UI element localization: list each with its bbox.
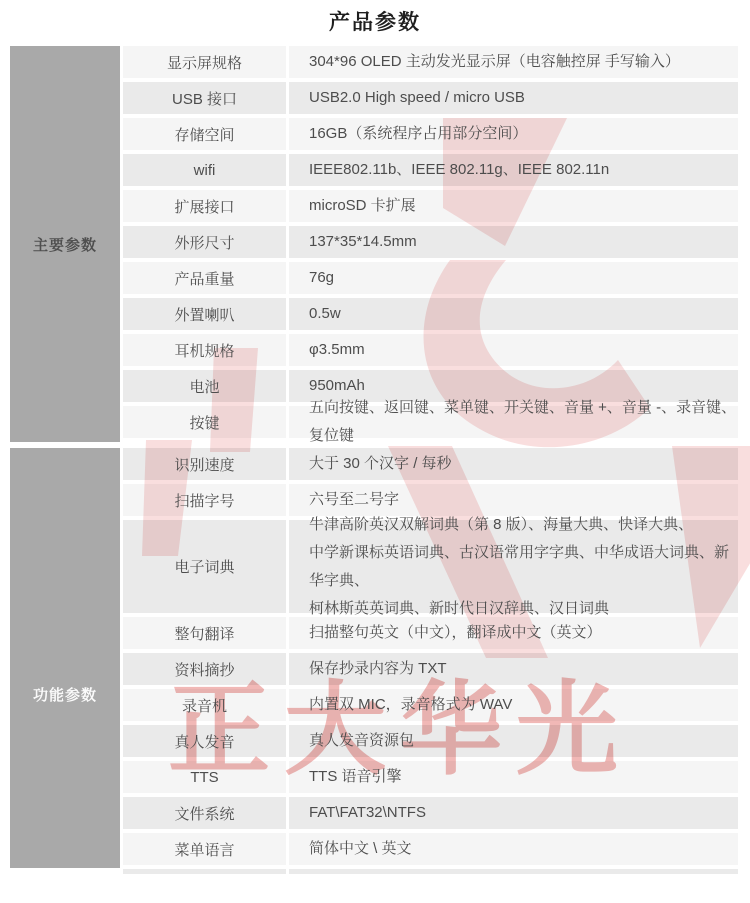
spec-value: 真人发音资源包 (289, 725, 738, 757)
partial-row (123, 869, 738, 874)
section-main-rows: 显示屏规格 304*96 OLED 主动发光显示屏（电容触控屏 手写输入） US… (123, 46, 738, 442)
spec-label: 外置喇叭 (123, 298, 286, 330)
spec-value: 简体中文 \ 英文 (289, 833, 738, 865)
spec-value: 16GB（系统程序占用部分空间） (289, 118, 738, 150)
spec-label: 资料摘抄 (123, 653, 286, 685)
section-func-sidebar: 功能参数 (10, 448, 120, 868)
spec-row: 录音机 内置双 MIC，录音格式为 WAV (123, 689, 738, 721)
spec-label: 显示屏规格 (123, 46, 286, 78)
spec-value: 大于 30 个汉字 / 每秒 (289, 448, 738, 480)
spec-value: USB2.0 High speed / micro USB (289, 82, 738, 114)
spec-value: 76g (289, 262, 738, 294)
spec-label: 耳机规格 (123, 334, 286, 366)
spec-label: 整句翻译 (123, 617, 286, 649)
spec-row: 存储空间 16GB（系统程序占用部分空间） (123, 118, 738, 150)
spec-value: 内置双 MIC，录音格式为 WAV (289, 689, 738, 721)
spec-row: 产品重量 76g (123, 262, 738, 294)
page-title: 产品参数 (0, 9, 750, 37)
spec-row: 外置喇叭 0.5w (123, 298, 738, 330)
spec-value: 五向按键、返回键、菜单键、开关键、音量 +、音量 -、录音键、复位键 (289, 406, 738, 438)
spec-label: 产品重量 (123, 262, 286, 294)
spec-label: 外形尺寸 (123, 226, 286, 258)
spec-row: 菜单语言 简体中文 \ 英文 (123, 833, 738, 865)
spec-value: 保存抄录内容为 TXT (289, 653, 738, 685)
spec-label: wifi (123, 154, 286, 186)
spec-value: φ3.5mm (289, 334, 738, 366)
spec-label (123, 869, 286, 874)
section-func-title: 功能参数 (10, 684, 120, 705)
section-func-params: 功能参数 识别速度 大于 30 个汉字 / 每秒 扫描字号 六号至二号字 电子词… (10, 448, 738, 874)
spec-label: 录音机 (123, 689, 286, 721)
spec-value: microSD 卡扩展 (289, 190, 738, 222)
spec-row: wifi IEEE802.11b、IEEE 802.11g、IEEE 802.1… (123, 154, 738, 186)
spec-label: 菜单语言 (123, 833, 286, 865)
spec-value (289, 869, 738, 874)
spec-row: USB 接口 USB2.0 High speed / micro USB (123, 82, 738, 114)
spec-row: 按键 五向按键、返回键、菜单键、开关键、音量 +、音量 -、录音键、复位键 (123, 406, 738, 438)
spec-row: 外形尺寸 137*35*14.5mm (123, 226, 738, 258)
spec-value: 0.5w (289, 298, 738, 330)
spec-row: 文件系统 FAT\FAT32\NTFS (123, 797, 738, 829)
spec-value: FAT\FAT32\NTFS (289, 797, 738, 829)
section-main-params: 主要参数 显示屏规格 304*96 OLED 主动发光显示屏（电容触控屏 手写输… (10, 46, 738, 442)
spec-label: 存储空间 (123, 118, 286, 150)
spec-value: TTS 语音引擎 (289, 761, 738, 793)
spec-value: IEEE802.11b、IEEE 802.11g、IEEE 802.11n (289, 154, 738, 186)
spec-label: 扫描字号 (123, 484, 286, 516)
spec-label: 真人发音 (123, 725, 286, 757)
section-main-sidebar: 主要参数 (10, 46, 120, 442)
spec-row: 扩展接口 microSD 卡扩展 (123, 190, 738, 222)
spec-row: 真人发音 真人发音资源包 (123, 725, 738, 757)
spec-label: 电子词典 (123, 520, 286, 613)
spec-label: USB 接口 (123, 82, 286, 114)
spec-label: 识别速度 (123, 448, 286, 480)
spec-label: TTS (123, 761, 286, 793)
product-spec-page: 产品参数 主要参数 显示屏规格 304*96 OLED 主动发光显示屏（电容触控… (0, 0, 750, 903)
spec-row: 资料摘抄 保存抄录内容为 TXT (123, 653, 738, 685)
spec-label: 扩展接口 (123, 190, 286, 222)
spec-row: 耳机规格 φ3.5mm (123, 334, 738, 366)
section-func-rows: 识别速度 大于 30 个汉字 / 每秒 扫描字号 六号至二号字 电子词典 牛津高… (123, 448, 738, 874)
spec-row: TTS TTS 语音引擎 (123, 761, 738, 793)
spec-row: 显示屏规格 304*96 OLED 主动发光显示屏（电容触控屏 手写输入） (123, 46, 738, 78)
spec-value: 137*35*14.5mm (289, 226, 738, 258)
section-main-title: 主要参数 (33, 234, 97, 255)
spec-label: 文件系统 (123, 797, 286, 829)
spec-value: 牛津高阶英汉双解词典（第 8 版）、海量大典、快译大典、 中学新课标英语词典、古… (289, 520, 738, 613)
spec-row: 识别速度 大于 30 个汉字 / 每秒 (123, 448, 738, 480)
spec-label: 电池 (123, 370, 286, 402)
spec-label: 按键 (123, 406, 286, 438)
spec-row: 电子词典 牛津高阶英汉双解词典（第 8 版）、海量大典、快译大典、 中学新课标英… (123, 520, 738, 613)
spec-table: 主要参数 显示屏规格 304*96 OLED 主动发光显示屏（电容触控屏 手写输… (10, 46, 738, 880)
spec-value: 304*96 OLED 主动发光显示屏（电容触控屏 手写输入） (289, 46, 738, 78)
